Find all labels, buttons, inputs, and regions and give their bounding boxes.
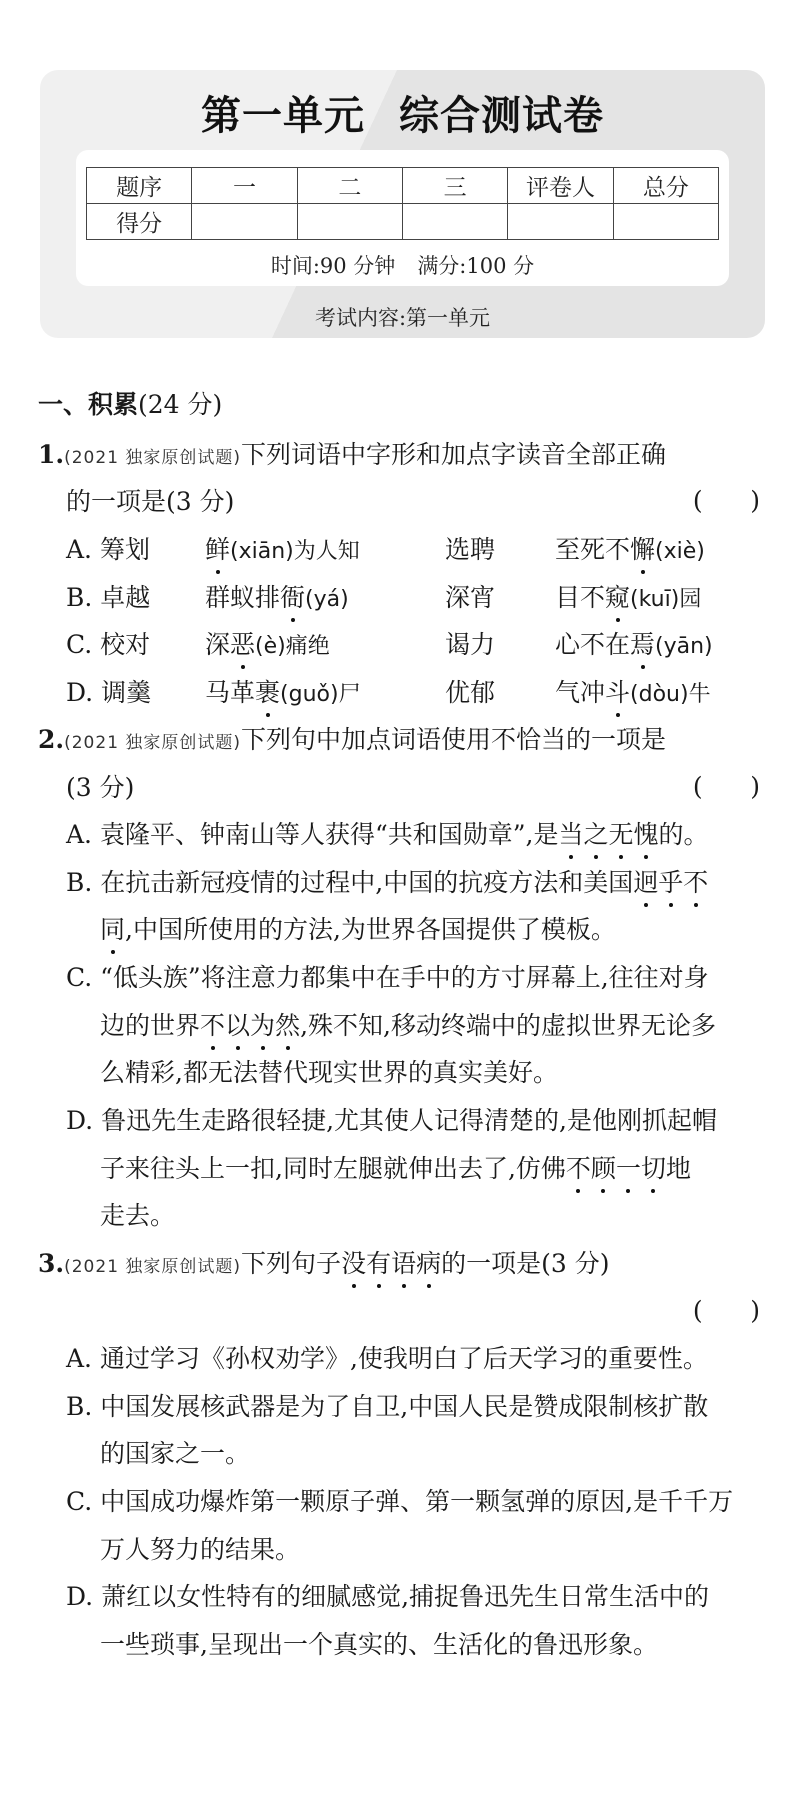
option-b[interactable]: B. 中国发展核武器是为了自卫,中国人民是赞成限制核扩散	[66, 1391, 708, 1423]
option-d-cont: 走去。	[100, 1200, 175, 1232]
option-text: 袁隆平、钟南山等人获得“共和国勋章”,是	[100, 820, 559, 849]
dotted-char: 病	[416, 1248, 441, 1280]
option-label: A.	[66, 1344, 92, 1373]
dotted-char: 乎	[658, 867, 683, 899]
dotted-char: 不	[566, 1153, 591, 1185]
dotted-word: 同	[100, 915, 125, 944]
word: 气冲斗(dòu)牛	[555, 677, 711, 711]
question-3-stem: 3.(2021 独家原创试题)下列句子没有语病的一项是(3 分)	[38, 1248, 610, 1283]
option-b[interactable]: B. 卓越 群蚁排衙(yá) 深宵 目不窥(kuī)园	[66, 582, 786, 616]
word-part: 至死不	[555, 535, 630, 564]
word: 卓越	[100, 583, 150, 612]
full-score: 满分:100 分	[417, 254, 534, 278]
option-d[interactable]: D. 鲁迅先生走路很轻捷,尤其使人记得清楚的,是他刚抓起帽	[66, 1105, 717, 1137]
word-part: 马革	[205, 678, 255, 707]
option-label: B.	[66, 868, 92, 897]
question-1-stem: 1.(2021 独家原创试题)下列词语中字形和加点字读音全部正确	[38, 439, 666, 474]
option-text: 边的世界	[100, 1011, 200, 1040]
dotted-char: 迥	[633, 867, 658, 899]
section-points: (24 分)	[138, 390, 222, 419]
pinyin: (xiè)	[655, 539, 705, 564]
question-number: 2.	[38, 725, 64, 754]
option-text: 地	[666, 1154, 691, 1183]
dotted-char: 有	[366, 1248, 391, 1280]
title-test: 综合测试卷	[399, 93, 604, 139]
option-text: 中国成功爆炸第一颗原子弹、第一颗氢弹的原因,是千千万	[100, 1487, 733, 1516]
dotted-char: 鲜	[205, 534, 230, 566]
option-label-words: D. 调羹	[66, 677, 151, 709]
word: 深宵	[445, 582, 495, 614]
option-text: 子来往头上一扣,同时左腿就伸出去了,仿佛	[100, 1154, 566, 1183]
option-text: 中国发展核武器是为了自卫,中国人民是赞成限制核扩散	[100, 1392, 708, 1421]
option-label: C.	[66, 630, 92, 659]
word-part: 深	[205, 630, 230, 659]
dotted-char: 裹	[255, 677, 280, 709]
exam-meta: 时间:90 分钟满分:100 分	[76, 250, 729, 280]
dotted-char: 不	[200, 1010, 225, 1042]
word: 目不窥(kuī)园	[555, 582, 701, 616]
score-input-cell[interactable]	[613, 204, 718, 240]
pinyin: (yá)	[305, 587, 349, 612]
option-text: 通过学习《孙权劝学》,使我明白了后天学习的重要性。	[100, 1344, 708, 1373]
option-label: D.	[66, 1582, 93, 1611]
question-2-stem: 2.(2021 独家原创试题)下列句中加点词语使用不恰当的一项是	[38, 724, 666, 759]
option-b[interactable]: B. 在抗击新冠疫情的过程中,中国的抗疫方法和美国迥乎不	[66, 867, 708, 899]
option-c-cont: 万人努力的结果。	[100, 1534, 300, 1566]
option-label: C.	[66, 1487, 92, 1516]
dotted-word: 不以为然	[200, 1011, 300, 1040]
word-part: 目不	[555, 583, 605, 612]
word: 校对	[100, 630, 150, 659]
dotted-char: 之	[584, 819, 609, 851]
pinyin: (dòu)牛	[630, 682, 711, 707]
question-source: (2021 独家原创试题)	[64, 733, 241, 753]
section-title: 一、积累	[38, 390, 138, 419]
pinyin: (è)痛绝	[255, 634, 330, 659]
score-input-cell[interactable]	[508, 204, 613, 240]
score-input-cell[interactable]	[192, 204, 297, 240]
dotted-word: 没有语病	[341, 1249, 441, 1278]
option-label-words: B. 卓越	[66, 582, 150, 614]
word-part: 气冲	[555, 678, 605, 707]
score-cell: 三	[402, 168, 507, 204]
option-text: 的。	[659, 820, 709, 849]
title-unit: 第一单元	[201, 93, 365, 139]
dotted-char: 然	[275, 1010, 300, 1042]
word-part: 群蚁排	[205, 583, 280, 612]
question-number: 3.	[38, 1249, 64, 1278]
score-input-cell[interactable]	[297, 204, 402, 240]
word: 选聘	[445, 534, 495, 566]
word: 心不在焉(yān)	[555, 629, 713, 663]
option-d-cont: 子来往头上一扣,同时左腿就伸出去了,仿佛不顾一切地	[100, 1153, 691, 1185]
option-label-words: C. 校对	[66, 629, 150, 661]
score-cell: 二	[297, 168, 402, 204]
dotted-char: 懈	[630, 534, 655, 566]
score-cell: 得分	[87, 204, 192, 240]
question-2-stem-cont: (3 分)	[66, 772, 134, 804]
question-source: (2021 独家原创试题)	[64, 1257, 241, 1277]
option-text: 在抗击新冠疫情的过程中,中国的抗疫方法和美国	[100, 868, 633, 897]
dotted-char: 焉	[630, 629, 655, 661]
word: 至死不懈(xiè)	[555, 534, 705, 568]
pinyin: (yān)	[655, 634, 713, 659]
question-text: 下列词语中字形和加点字读音全部正确	[241, 440, 666, 469]
word-part: 心不在	[555, 630, 630, 659]
question-text: 下列句中加点词语使用不恰当的一项是	[241, 725, 666, 754]
word: 筹划	[100, 535, 150, 564]
dotted-char: 不	[683, 867, 708, 899]
option-d[interactable]: D. 调羹 马革裹(guǒ)尸 优郁 气冲斗(dòu)牛	[66, 677, 786, 711]
option-a[interactable]: A. 筹划 鲜(xiān)为人知 选聘 至死不懈(xiè)	[66, 534, 786, 568]
score-table: 题序 一 二 三 评卷人 总分 得分	[86, 167, 719, 240]
score-cell: 总分	[613, 168, 718, 204]
word: 深恶(è)痛绝	[205, 629, 330, 663]
question-source: (2021 独家原创试题)	[64, 448, 241, 468]
dotted-char: 衙	[280, 582, 305, 614]
time-limit: 时间:90 分钟	[271, 254, 395, 278]
answer-blank[interactable]: ( )	[693, 772, 760, 801]
option-label: C.	[66, 963, 92, 992]
question-number: 1.	[38, 440, 64, 469]
option-label: D.	[66, 1106, 93, 1135]
score-cell: 一	[192, 168, 297, 204]
score-panel: 题序 一 二 三 评卷人 总分 得分 时间:90 分钟满分:100 分	[76, 150, 729, 286]
option-label: D.	[66, 678, 93, 707]
option-text: ,殊不知,移动终端中的虚拟世界无论多	[300, 1011, 716, 1040]
word: 马革裹(guǒ)尸	[205, 677, 361, 711]
dotted-char: 恶	[230, 629, 255, 661]
option-a[interactable]: A. 通过学习《孙权劝学》,使我明白了后天学习的重要性。	[66, 1343, 708, 1375]
word: 调羹	[101, 678, 151, 707]
question-text: 的一项是(3 分)	[441, 1249, 609, 1278]
option-text: ,中国所使用的方法,为世界各国提供了模板。	[125, 915, 616, 944]
option-c[interactable]: C. 中国成功爆炸第一颗原子弹、第一颗氢弹的原因,是千千万	[66, 1486, 733, 1518]
option-label: A.	[66, 535, 92, 564]
dotted-char: 没	[341, 1248, 366, 1280]
score-table-score-row: 得分	[87, 204, 719, 240]
word: 鲜(xiān)为人知	[205, 534, 360, 568]
dotted-char: 为	[250, 1010, 275, 1042]
word: 群蚁排衙(yá)	[205, 582, 349, 616]
dotted-char: 斗	[605, 677, 630, 709]
option-label: B.	[66, 583, 92, 612]
score-table-header-row: 题序 一 二 三 评卷人 总分	[87, 168, 719, 204]
dotted-char: 以	[225, 1010, 250, 1042]
option-text: 萧红以女性特有的细腻感觉,捕捉鲁迅先生日常生活中的	[101, 1582, 709, 1611]
section-heading: 一、积累(24 分)	[38, 389, 222, 421]
answer-blank[interactable]: ( )	[693, 1296, 760, 1325]
page-title: 第一单元综合测试卷	[40, 84, 765, 141]
dotted-word: 当之无愧	[558, 820, 658, 849]
exam-content: 考试内容:第一单元	[40, 302, 765, 332]
option-label: A.	[66, 820, 92, 849]
exam-header: 第一单元综合测试卷 题序 一 二 三 评卷人 总分 得分 时间:90 分钟满分:…	[40, 70, 765, 338]
pinyin: (xiān)为人知	[230, 539, 360, 564]
word: 谒力	[445, 629, 495, 661]
dotted-char: 切	[641, 1153, 666, 1185]
option-c-cont: 么精彩,都无法替代现实世界的真实美好。	[100, 1057, 558, 1089]
option-a[interactable]: A. 袁隆平、钟南山等人获得“共和国勋章”,是当之无愧的。	[66, 819, 709, 851]
score-cell: 评卷人	[508, 168, 613, 204]
word: 优郁	[445, 677, 495, 709]
option-label: B.	[66, 1392, 92, 1421]
dotted-char: 一	[616, 1153, 641, 1185]
option-b-cont: 的国家之一。	[100, 1438, 250, 1470]
option-c-cont: 边的世界不以为然,殊不知,移动终端中的虚拟世界无论多	[100, 1010, 716, 1042]
dotted-char: 愧	[634, 819, 659, 851]
option-text: 鲁迅先生走路很轻捷,尤其使人记得清楚的,是他刚抓起帽	[101, 1106, 717, 1135]
dotted-char: 无	[609, 819, 634, 851]
option-d-cont: 一些琐事,呈现出一个真实的、生活化的鲁迅形象。	[100, 1629, 658, 1661]
dotted-char: 当	[558, 819, 583, 851]
dotted-word: 不顾一切	[566, 1154, 666, 1183]
dotted-char: 窥	[605, 582, 630, 614]
option-c[interactable]: C. “低头族”将注意力都集中在手中的方寸屏幕上,往往对身	[66, 962, 709, 994]
dotted-char: 同	[100, 914, 125, 946]
option-b-cont: 同,中国所使用的方法,为世界各国提供了模板。	[100, 914, 616, 946]
question-1-stem-cont: 的一项是(3 分)	[66, 486, 234, 518]
dotted-char: 顾	[591, 1153, 616, 1185]
option-d[interactable]: D. 萧红以女性特有的细腻感觉,捕捉鲁迅先生日常生活中的	[66, 1581, 709, 1613]
option-c[interactable]: C. 校对 深恶(è)痛绝 谒力 心不在焉(yān)	[66, 629, 786, 663]
dotted-char: 语	[391, 1248, 416, 1280]
pinyin: (kuī)园	[630, 587, 701, 612]
dotted-word: 迥乎不	[633, 868, 708, 897]
score-input-cell[interactable]	[402, 204, 507, 240]
question-text: 下列句子	[241, 1249, 341, 1278]
score-cell: 题序	[87, 168, 192, 204]
pinyin: (guǒ)尸	[280, 682, 361, 707]
answer-blank[interactable]: ( )	[693, 486, 760, 515]
option-label-words: A. 筹划	[66, 534, 150, 566]
option-text: “低头族”将注意力都集中在手中的方寸屏幕上,往往对身	[100, 963, 709, 992]
